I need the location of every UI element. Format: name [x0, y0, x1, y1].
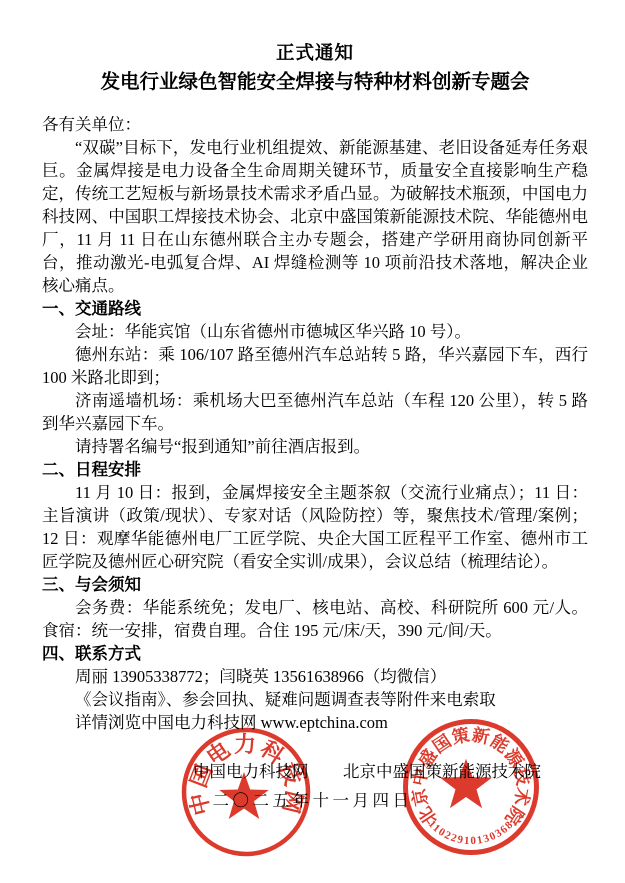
paragraph: 德州东站：乘 106/107 路至德州汽车总站转 5 路，华兴嘉园下车，西行 1…: [42, 343, 588, 389]
doc-title: 正式通知: [42, 40, 588, 68]
section-heading-3: 三、与会须知: [42, 573, 588, 596]
stamp-left-seal: 中国电力科技网: [166, 712, 326, 872]
paragraph: 请持署名编号“报到通知”前往酒店报到。: [42, 435, 588, 458]
doc-subtitle: 发电行业绿色智能安全焊接与特种材料创新专题会: [42, 68, 588, 98]
section-heading-2: 二、日程安排: [42, 458, 588, 481]
section-heading-1: 一、交通路线: [42, 297, 588, 320]
paragraph: 周丽 13905338772；闫晓英 13561638966（均微信）: [42, 665, 588, 688]
document-content: 正式通知 发电行业绿色智能安全焊接与特种材料创新专题会 各有关单位： “双碳”目…: [42, 40, 588, 734]
paragraph: 11 月 10 日：报到，金属焊接安全主题茶叙（交流行业痛点）；11 日：主旨演…: [42, 481, 588, 573]
notice-page: 正式通知 发电行业绿色智能安全焊接与特种材料创新专题会 各有关单位： “双碳”目…: [0, 0, 625, 883]
paragraph: 会务费：华能系统免；发电厂、核电站、高校、科研院所 600 元/人。食宿：统一安…: [42, 596, 588, 642]
star-icon: [219, 772, 268, 819]
stamp-right-seal: 北京中盛国策新能源技术院 11022910130368: [386, 702, 556, 872]
star-icon: [440, 759, 492, 808]
intro-paragraph: “双碳”目标下，发电行业机组提效、新能源基建、老旧设备延寿任务艰巨。金属焊接是电…: [42, 136, 588, 297]
salutation: 各有关单位：: [42, 113, 588, 136]
section-heading-4: 四、联系方式: [42, 642, 588, 665]
paragraph: 会址：华能宾馆（山东省德州市德城区华兴路 10 号）。: [42, 320, 588, 343]
doc-body: 各有关单位： “双碳”目标下，发电行业机组提效、新能源基建、老旧设备延寿任务艰巨…: [42, 113, 588, 734]
paragraph: 济南遥墙机场：乘机场大巴至德州汽车总站（车程 120 公里），转 5 路到华兴嘉…: [42, 389, 588, 435]
